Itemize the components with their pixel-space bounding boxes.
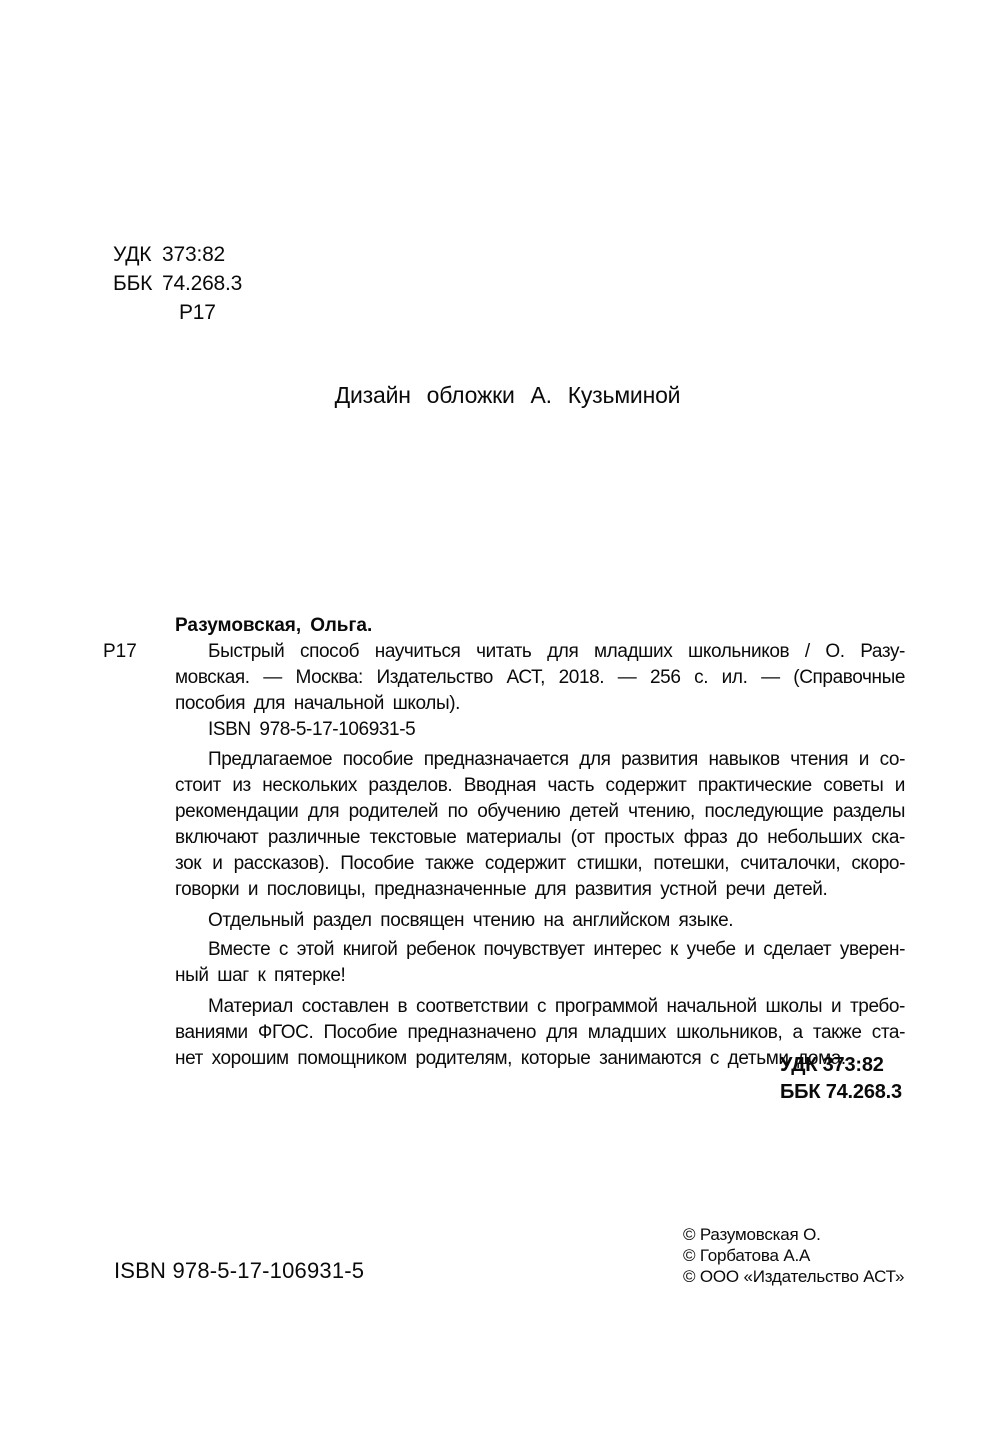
text-line: говорки и пословицы, предназначенные для…: [175, 877, 905, 903]
catalog-line: Быстрый способ научиться читать для млад…: [175, 639, 905, 665]
copyright-line: © Разумовская О.: [683, 1224, 904, 1245]
imprint-page: УДК 373:82 ББК 74.268.3 Р17 Дизайн облож…: [0, 0, 987, 1447]
text-line: включают различные текстовые материалы (…: [175, 825, 905, 851]
text-line: ный шаг к пятерке!: [175, 963, 905, 989]
author-code: Р17: [162, 298, 216, 327]
udk-value: 373:82: [162, 240, 225, 269]
catalog-line: мовская. — Москва: Издательство АСТ, 201…: [175, 665, 905, 691]
text-line: стоит из нескольких разделов. Вводная ча…: [175, 773, 905, 799]
text-line: ваниями ФГОС. Пособие предназначено для …: [175, 1020, 905, 1046]
text-line: Вместе с этой книгой ребенок почувствует…: [175, 937, 905, 963]
text-line: зок и рассказов). Пособие также содержит…: [175, 851, 905, 877]
copyright-line: © Горбатова А.А: [683, 1245, 904, 1266]
ref-line: УДК 373:82: [780, 1052, 902, 1079]
annotation-block: Р17 Разумовская, Ольга.Быстрый способ на…: [175, 613, 905, 1072]
udk-row: УДК 373:82: [113, 240, 242, 269]
catalog-line: пособия для начальной школы).: [175, 691, 905, 717]
bbk-label: ББК: [113, 269, 162, 298]
copyright-line: © ООО «Издательство АСТ»: [683, 1266, 904, 1287]
catalog-line: Разумовская, Ольга.: [175, 613, 905, 639]
margin-author-code: Р17: [103, 639, 137, 665]
bbk-value: 74.268.3: [162, 269, 242, 298]
text-line: Отдельный раздел посвящен чтению на англ…: [175, 908, 905, 934]
text-line: рекомендации для родителей по обучению д…: [175, 799, 905, 825]
paragraph-benefit: Вместе с этой книгой ребенок почувствует…: [175, 937, 905, 989]
udk-classification-block: УДК 373:82 ББК 74.268.3 Р17: [113, 240, 242, 327]
paragraph-english-section: Отдельный раздел посвящен чтению на англ…: [175, 908, 905, 934]
paragraph-description: Предлагаемое пособие предназначается для…: [175, 747, 905, 903]
catalog-entry: Разумовская, Ольга.Быстрый способ научит…: [175, 613, 905, 743]
text-line: Предлагаемое пособие предназначается для…: [175, 747, 905, 773]
text-line: Материал составлен в соответствии с прог…: [175, 994, 905, 1020]
isbn-bottom: ISBN 978-5-17-106931-5: [114, 1256, 364, 1286]
author-code-row: Р17: [113, 298, 242, 327]
bbk-row: ББК 74.268.3: [113, 269, 242, 298]
udk-label: УДК: [113, 240, 162, 269]
ref-line: ББК 74.268.3: [780, 1079, 902, 1106]
udk-bbk-refs: УДК 373:82ББК 74.268.3: [780, 1052, 902, 1106]
copyright-block: © Разумовская О.© Горбатова А.А© ООО «Из…: [683, 1224, 904, 1287]
design-credit: Дизайн обложки А. Кузьминой: [110, 382, 905, 409]
catalog-line: ISBN 978-5-17-106931-5: [175, 717, 905, 743]
